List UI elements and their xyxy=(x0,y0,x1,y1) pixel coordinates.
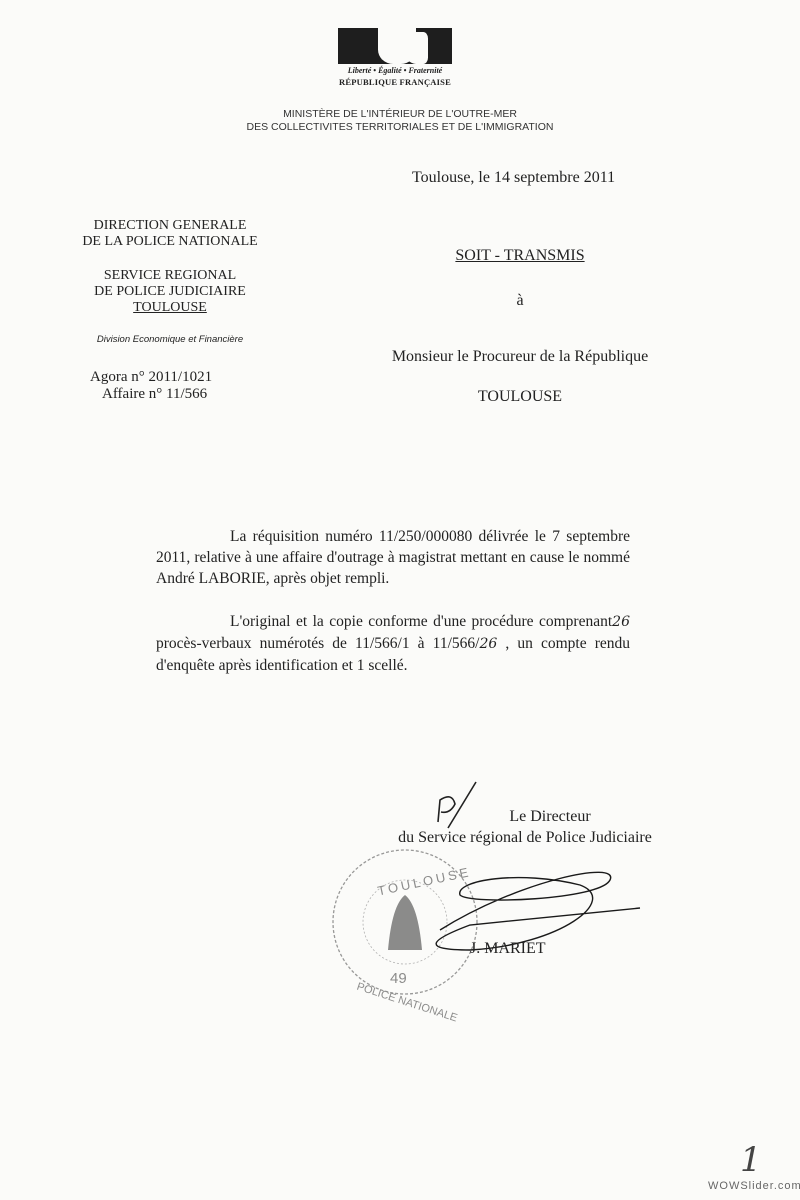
svg-text:49: 49 xyxy=(390,970,407,987)
signatory-title-1: Le Directeur xyxy=(380,806,670,827)
watermark: WOWSlider.com xyxy=(708,1180,800,1192)
svg-text:TOULOUSE: TOULOUSE xyxy=(376,864,472,898)
signature-artwork: TOULOUSE 49 POLICE NATIONALE xyxy=(0,0,800,1200)
signatory-title: Le Directeur du Service régional de Poli… xyxy=(380,806,670,848)
page-number: 1 xyxy=(740,1140,762,1180)
signatory-title-2: du Service régional de Police Judiciaire xyxy=(380,827,670,848)
svg-text:POLICE NATIONALE: POLICE NATIONALE xyxy=(355,981,459,1025)
official-stamp-icon: TOULOUSE 49 POLICE NATIONALE xyxy=(333,850,477,1025)
signatory-name: J. MARIET xyxy=(470,940,546,958)
